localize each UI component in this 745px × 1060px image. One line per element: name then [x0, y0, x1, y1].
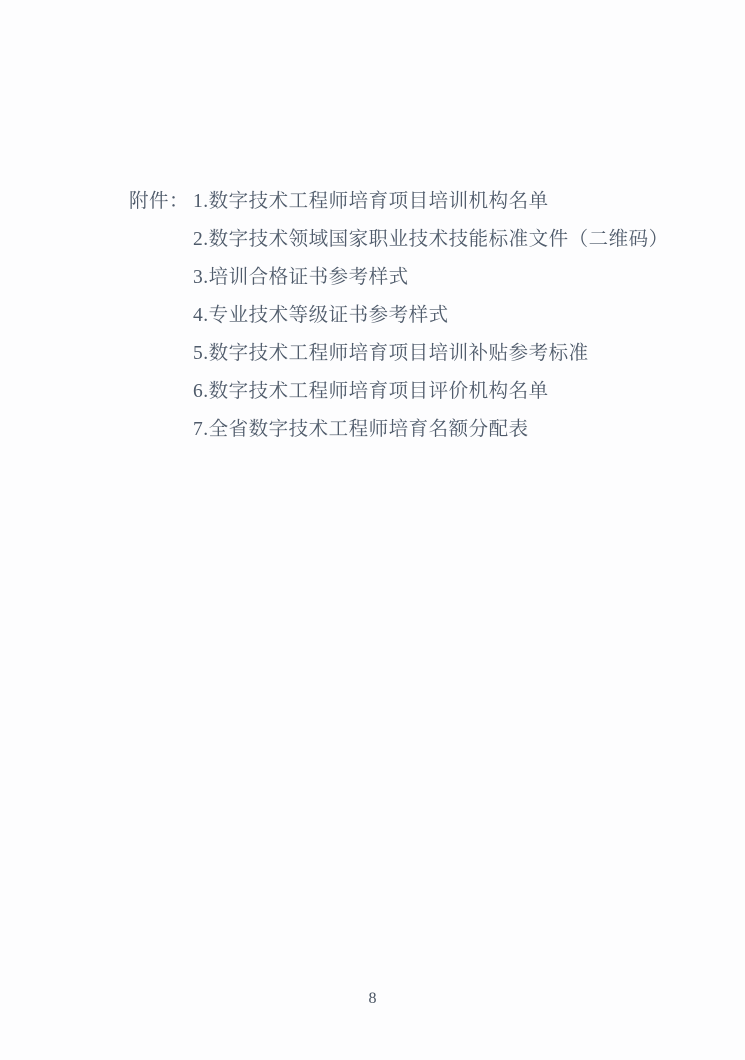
document-page: 附件： 1.数字技术工程师培育项目培训机构名单 2.数字技术领域国家职业技术技能… — [0, 0, 745, 1060]
page-footer: 8 — [0, 990, 745, 1008]
page-number: 8 — [369, 990, 377, 1007]
attachments-list: 1.数字技术工程师培育项目培训机构名单 2.数字技术领域国家职业技术技能标准文件… — [193, 183, 669, 449]
attachment-item: 3.培训合格证书参考样式 — [193, 259, 669, 297]
attachment-item: 2.数字技术领域国家职业技术技能标准文件（二维码） — [193, 221, 669, 259]
attachment-item: 5.数字技术工程师培育项目培训补贴参考标准 — [193, 335, 669, 373]
attachment-item: 7.全省数字技术工程师培育名额分配表 — [193, 411, 669, 449]
attachment-item: 1.数字技术工程师培育项目培训机构名单 — [193, 183, 669, 221]
attachments-label: 附件： — [129, 183, 193, 221]
attachments-block: 附件： 1.数字技术工程师培育项目培训机构名单 2.数字技术领域国家职业技术技能… — [129, 183, 669, 449]
attachment-item: 4.专业技术等级证书参考样式 — [193, 297, 669, 335]
attachment-item: 6.数字技术工程师培育项目评价机构名单 — [193, 373, 669, 411]
